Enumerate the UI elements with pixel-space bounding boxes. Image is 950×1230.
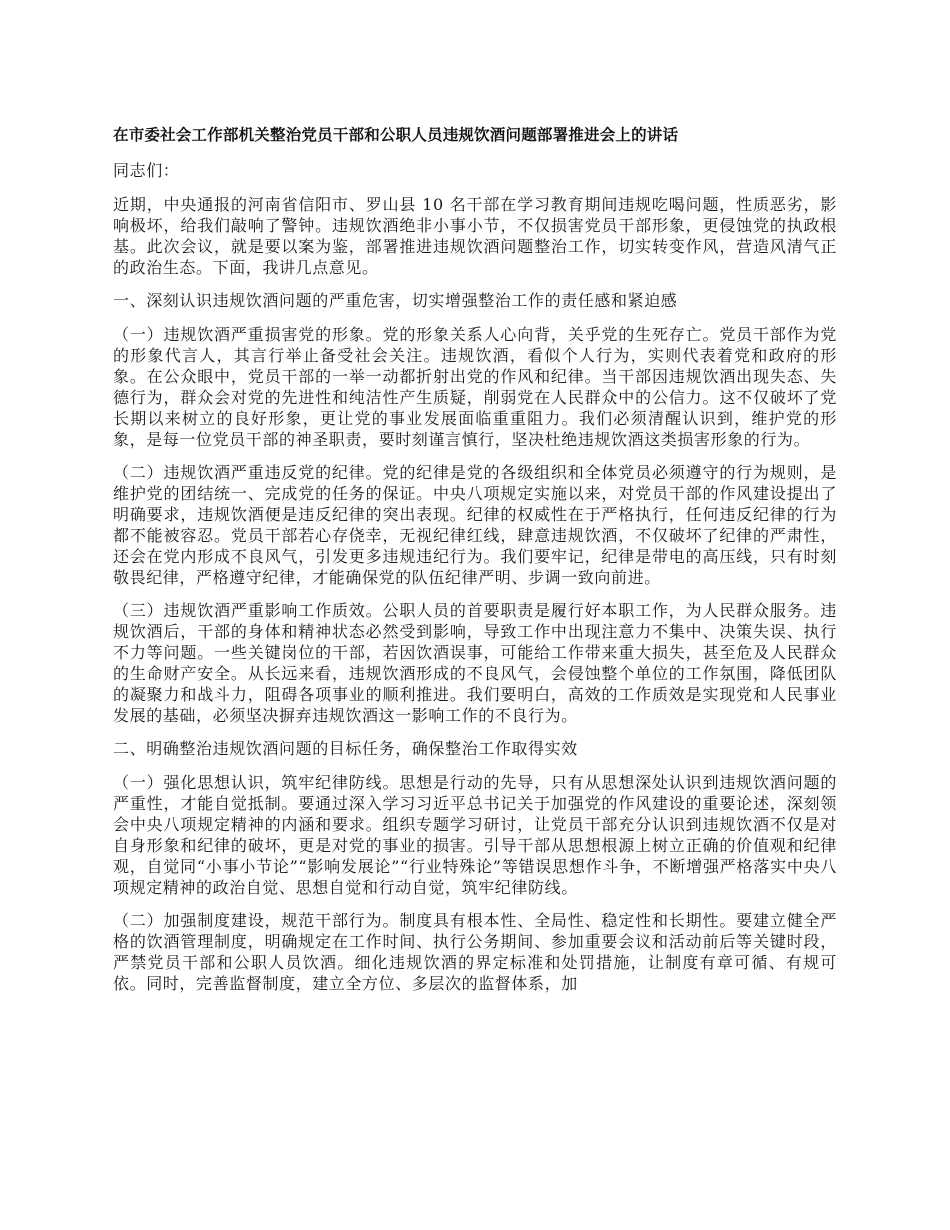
section-heading: 一、深刻认识违规饮酒问题的严重危害，切实增强整治工作的责任感和紧迫感 [113, 290, 837, 311]
section-paragraph: （二）加强制度建设，规范干部行为。制度具有根本性、全局性、稳定性和长期性。要建立… [113, 910, 837, 994]
section-paragraph: （一）违规饮酒严重损害党的形象。党的形象关系人心向背，关乎党的生死存亡。党员干部… [113, 324, 837, 450]
section-2: 二、明确整治违规饮酒问题的目标任务，确保整治工作取得实效 （一）强化思想认识，筑… [113, 738, 837, 994]
document-page: 在市委社会工作部机关整治党员干部和公职人员违规饮酒问题部署推进会上的讲话 同志们… [113, 124, 837, 1006]
intro-paragraph: 近期，中央通报的河南省信阳市、罗山县 10 名干部在学习教育期间违规吃喝问题，性… [113, 194, 837, 278]
section-1: 一、深刻认识违规饮酒问题的严重危害，切实增强整治工作的责任感和紧迫感 （一）违规… [113, 290, 837, 726]
section-heading: 二、明确整治违规饮酒问题的目标任务，确保整治工作取得实效 [113, 738, 837, 759]
section-paragraph: （二）违规饮酒严重违反党的纪律。党的纪律是党的各级组织和全体党员必须遵守的行为规… [113, 462, 837, 588]
section-paragraph: （三）违规饮酒严重影响工作质效。公职人员的首要职责是履行好本职工作，为人民群众服… [113, 600, 837, 726]
section-paragraph: （一）强化思想认识，筑牢纪律防线。思想是行动的先导，只有从思想深处认识到违规饮酒… [113, 772, 837, 898]
document-title: 在市委社会工作部机关整治党员干部和公职人员违规饮酒问题部署推进会上的讲话 [113, 124, 837, 146]
salutation: 同志们： [113, 160, 837, 181]
